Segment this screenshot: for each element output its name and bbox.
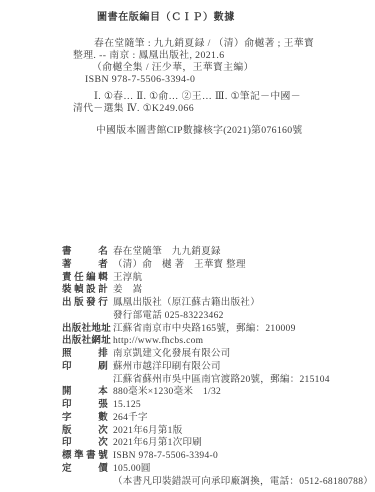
colophon-row: 標準書號 ISBN 978-7-5506-3394-0 <box>62 450 373 463</box>
colophon-row-label: 著者 <box>62 259 108 272</box>
colophon-row-label: 書名 <box>62 246 108 259</box>
colophon-row-value: 王淳航 <box>113 272 142 285</box>
colophon-row-label: 定價 <box>62 463 108 476</box>
cip-record: 春在堂隨筆 : 九九銷夏録 / （清）俞樾著 ; 王華寳整理. -- 南京 : … <box>73 38 333 115</box>
cip-record-line: （俞樾全集 / 汪少華，王華寳主編） <box>73 62 333 74</box>
colophon-row-label: 印張 <box>62 399 108 412</box>
colophon-row-value: 春在堂隨筆 九九銷夏録 <box>113 246 221 259</box>
colophon-row-value: 發行部電話 025-83223462 <box>113 310 224 323</box>
colophon-row-value: http://www.fhcbs.com <box>113 335 203 348</box>
colophon-row-value: 880毫米×1230毫米 1/32 <box>113 386 221 399</box>
book-copyright-page: 圖書在版編目（ＣＩＰ）數據 春在堂隨筆 : 九九銷夏録 / （清）俞樾著 ; 王… <box>0 0 375 492</box>
colophon-row: 字數 264千字 <box>62 412 373 425</box>
colophon-row: 開本 880毫米×1230毫米 1/32 <box>62 386 373 399</box>
colophon-row-value: 姜 嵩 <box>113 284 142 297</box>
colophon-row: 出版發行 鳳凰出版社（原江蘇古籍出版社） <box>62 297 373 310</box>
colophon-row: 書名 春在堂隨筆 九九銷夏録 <box>62 246 373 259</box>
colophon-row: 印次 2021年6月第1次印刷 <box>62 437 373 450</box>
colophon-row-label: 出版社網址 <box>62 335 108 348</box>
colophon-row-value: （本書凡印裝錯誤可向承印廠調換，電話：0512-68180788） <box>113 476 373 489</box>
colophon-row: 出版社網址 http://www.fhcbs.com <box>62 335 373 348</box>
colophon-row-label: 裝幀設計 <box>62 284 108 297</box>
colophon-row-value: 江蘇省南京市中央路165號，郵編：210009 <box>113 323 296 336</box>
colophon-row-value: 2021年6月第1次印刷 <box>113 437 202 450</box>
colophon-row-label: 印刷 <box>62 361 108 374</box>
colophon-row-value: 江蘇省蘇州市吳中區南官渡路20號，郵編：215104 <box>113 374 330 387</box>
cip-record-line: 春在堂隨筆 : 九九銷夏録 / （清）俞樾著 ; 王華寳 <box>73 38 333 50</box>
colophon-row-value: 鳳凰出版社（原江蘇古籍出版社） <box>113 297 260 310</box>
cip-record-line: 清代－選集 Ⅳ. ①K249.066 <box>73 103 333 115</box>
cip-record-line: 整理. -- 南京 : 鳳凰出版社, 2021.6 <box>73 50 333 62</box>
colophon-row-label: 字數 <box>62 412 108 425</box>
colophon-row-label: 照排 <box>62 348 108 361</box>
colophon-row-value: 105.00圓 <box>113 463 151 476</box>
colophon-row: 定價 105.00圓 <box>62 463 373 476</box>
cip-heading: 圖書在版編目（ＣＩＰ）數據 <box>97 11 235 24</box>
colophon-row: 出版社地址 江蘇省南京市中央路165號，郵編：210009 <box>62 323 373 336</box>
colophon-row-label: 開本 <box>62 386 108 399</box>
colophon-row-value: （清）俞 樾 著 王華寳 整理 <box>113 259 246 272</box>
colophon-row-value: 蘇州市越洋印刷有限公司 <box>113 361 221 374</box>
colophon-row: 照排 南京凱建文化發展有限公司 <box>62 348 373 361</box>
colophon-row-label: 出版社地址 <box>62 323 108 336</box>
colophon-row-value: 南京凱建文化發展有限公司 <box>113 348 231 361</box>
colophon-row-value: 2021年6月第1版 <box>113 425 183 438</box>
colophon-row-label: 出版發行 <box>62 297 108 310</box>
cip-record-line: ISBN 978-7-5506-3394-0 <box>73 74 333 86</box>
colophon-row: 印刷 蘇州市越洋印刷有限公司 <box>62 361 373 374</box>
colophon-row-label: 版次 <box>62 425 108 438</box>
colophon-row-label: 標準書號 <box>62 450 108 463</box>
colophon-row: 裝幀設計 姜 嵩 <box>62 284 373 297</box>
colophon-row: （本書凡印裝錯誤可向承印廠調換，電話：0512-68180788） <box>62 476 373 489</box>
colophon-row-value: 15.125 <box>113 399 141 412</box>
colophon-row: 印張 15.125 <box>62 399 373 412</box>
colophon-row: 發行部電話 025-83223462 <box>62 310 373 323</box>
colophon-row-label: 責任編輯 <box>62 272 108 285</box>
colophon-row: 江蘇省蘇州市吳中區南官渡路20號，郵編：215104 <box>62 374 373 387</box>
cip-registry-number: 中國版本圖書館CIP數據核字(2021)第076160號 <box>96 124 303 137</box>
colophon-row: 版次 2021年6月第1版 <box>62 425 373 438</box>
colophon-table: 書名 春在堂隨筆 九九銷夏録 著者 （清）俞 樾 著 王華寳 整理 責任編輯 王… <box>62 246 373 488</box>
colophon-row: 責任編輯 王淳航 <box>62 272 373 285</box>
colophon-row-value: 264千字 <box>113 412 148 425</box>
colophon-row-label: 印次 <box>62 437 108 450</box>
colophon-row: 著者 （清）俞 樾 著 王華寳 整理 <box>62 259 373 272</box>
colophon-row-value: ISBN 978-7-5506-3394-0 <box>113 450 218 463</box>
cip-record-line: Ⅰ. ①春… Ⅱ. ①俞… ②王… Ⅲ. ①筆記－中國－ <box>73 91 333 103</box>
